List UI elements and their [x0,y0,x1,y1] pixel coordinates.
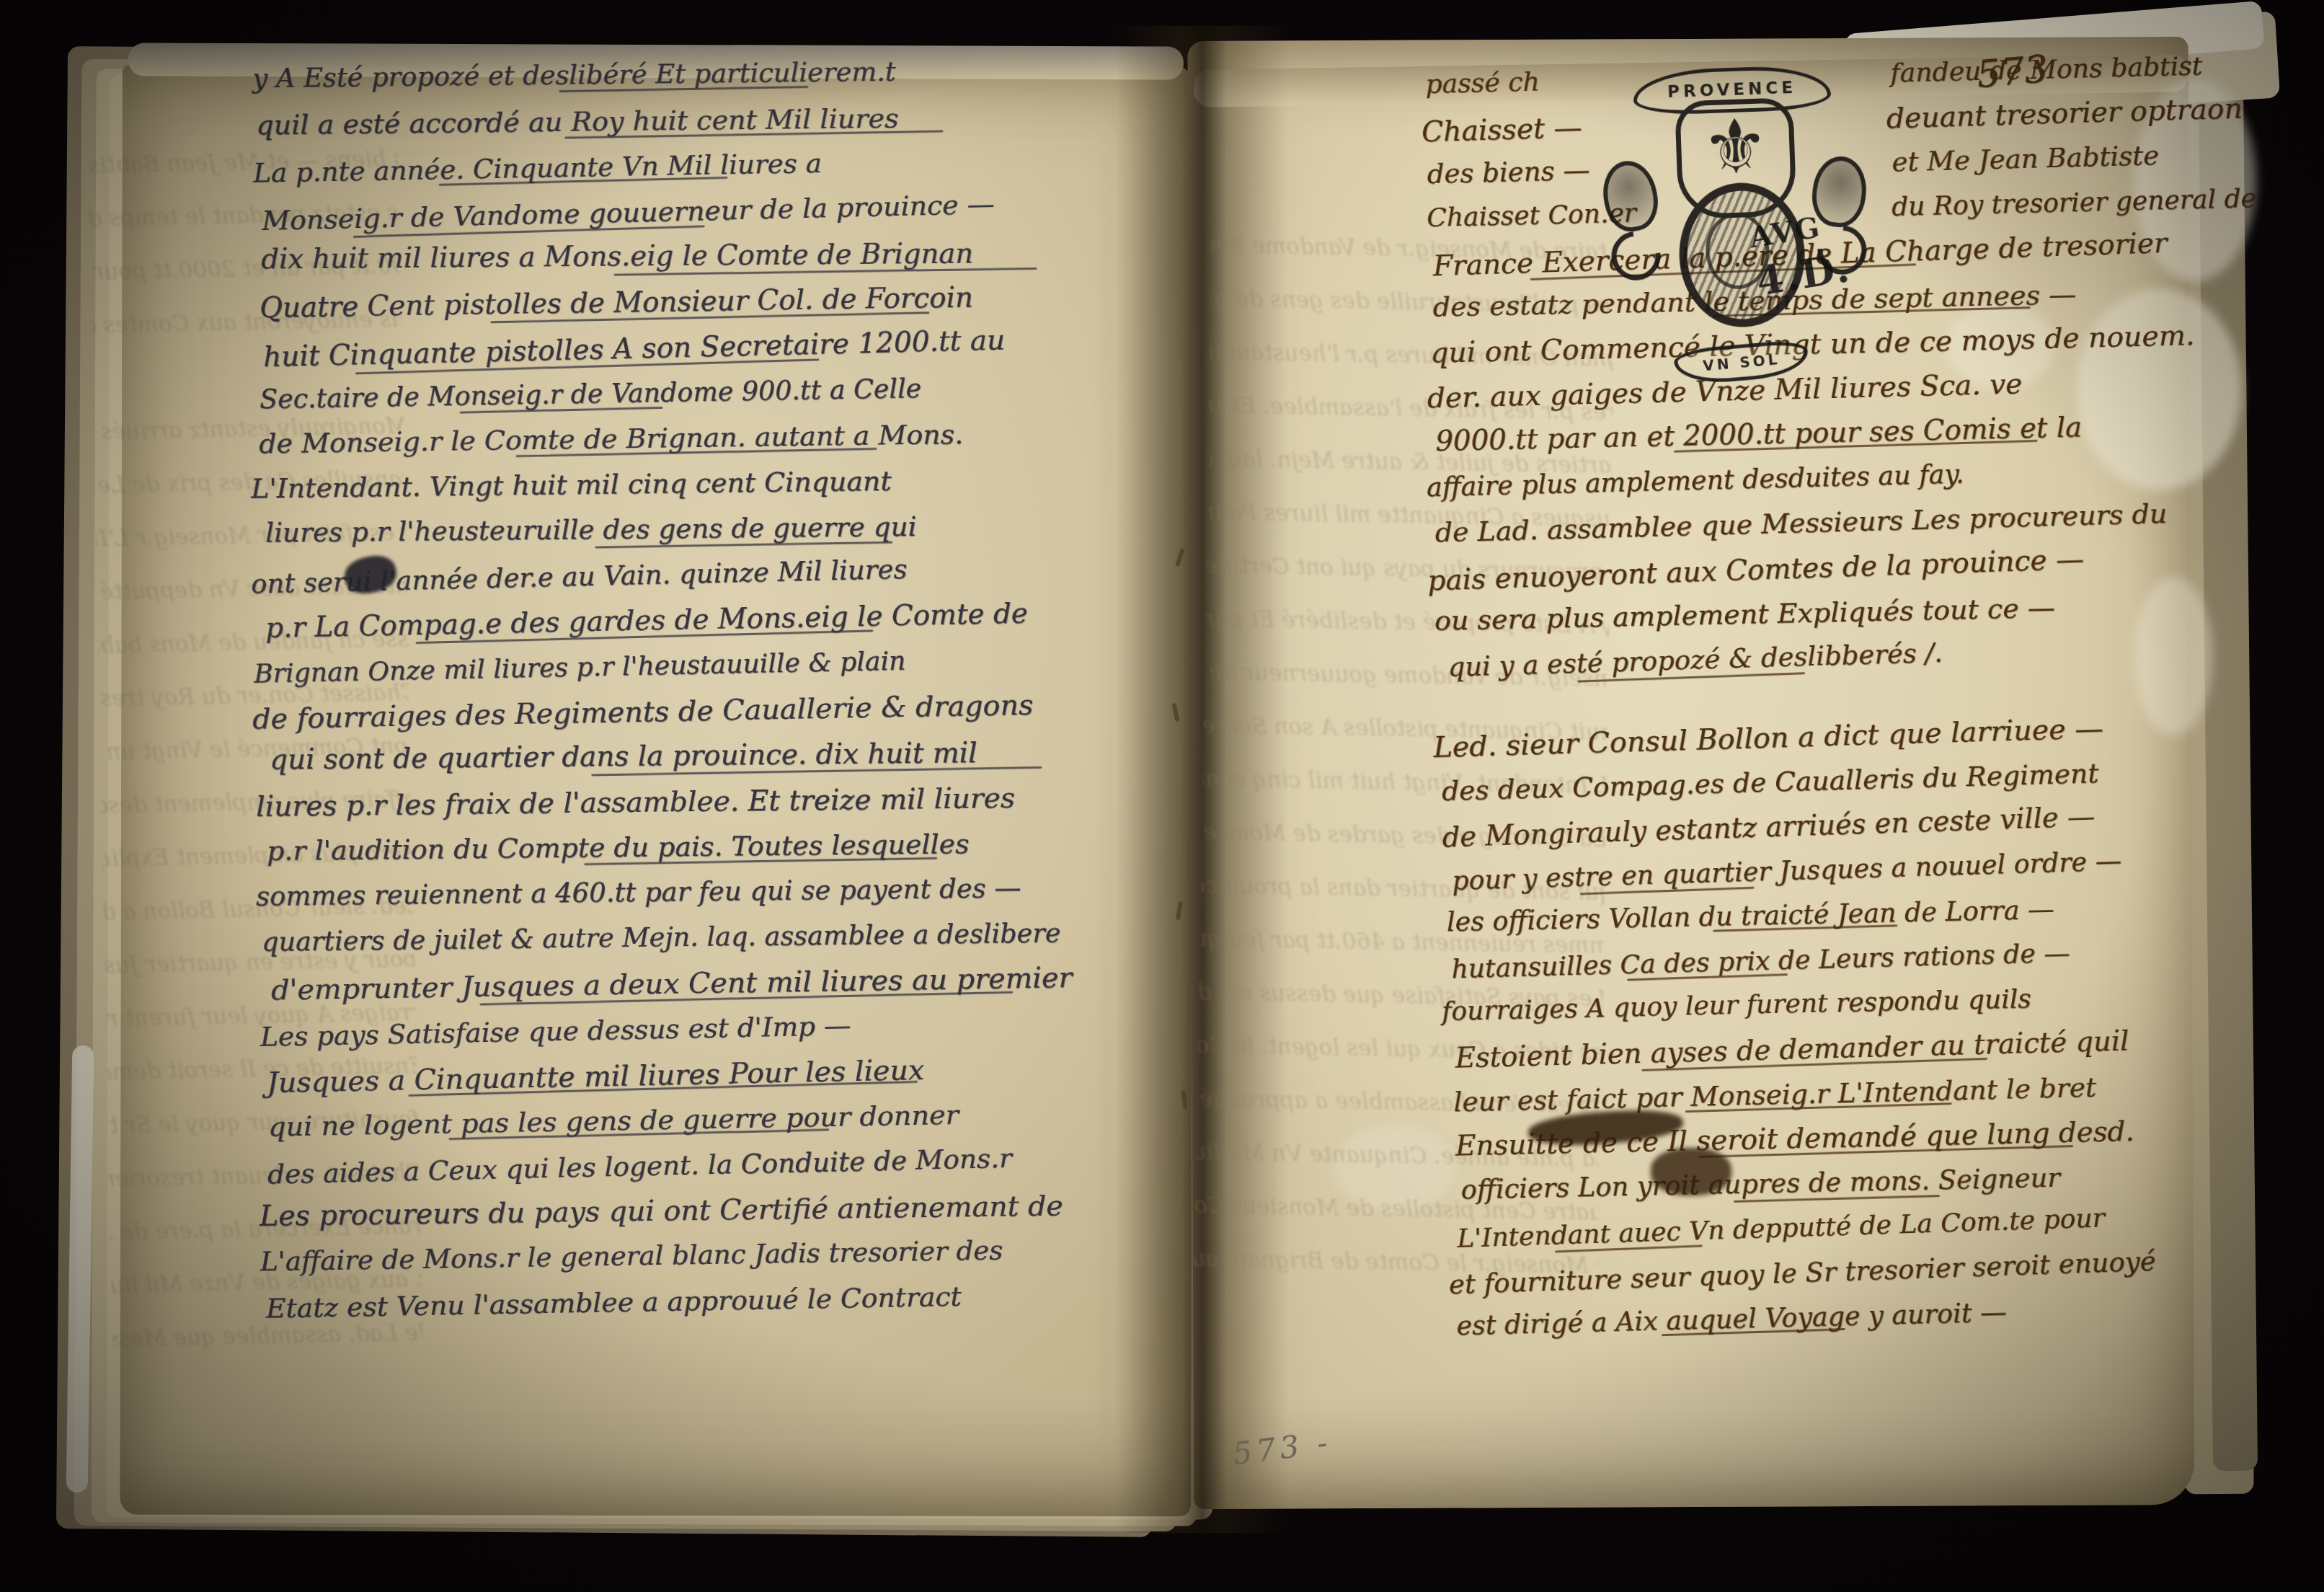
cancellation-stroke [1555,1244,1703,1252]
cancellation-stroke [353,226,705,238]
stamp-bottom-banner-label: VN SOL [1702,350,1780,374]
cancellation-stroke [516,448,877,457]
fleur-de-lis-icon: ⚜ [1700,103,1770,192]
cancellation-stroke [591,766,1042,776]
manuscript-photo: des biens — et Me Jean Babtistedes estat… [0,0,2324,1592]
cancellation-stroke [480,991,1014,1006]
cancellation-stroke [1699,1145,2074,1158]
cancellation-stroke [1734,1195,1940,1203]
stamp-denomination-overprint: AVG 4.D. [1747,206,1855,304]
manuscript-fragment: passé ch [1425,66,1540,100]
folio-number-ink: 573 [1975,48,2050,97]
cancellation-stroke [1627,973,1788,981]
cancellation-stroke [584,857,937,865]
left-page-text-block: y A Esté propozé et deslibéré Et particu… [241,53,1198,1340]
stamp-bottom-banner: VN SOL [1673,339,1810,386]
cancellation-stroke [1641,1058,1987,1071]
stamp-scroll-curl [1602,221,1670,290]
cancellation-stroke [460,407,663,414]
cancellation-stroke [1580,886,1755,895]
cancellation-stroke [439,177,728,186]
cancellation-stroke [1713,925,1897,932]
repair-patch [1334,1125,1456,1211]
manuscript-fragment: des biens — [1427,155,1590,190]
stamp-left-bust-icon [1598,156,1663,235]
cancellation-stroke [448,1129,829,1141]
cancellation-stroke [1662,1328,1845,1336]
manuscript-fragment: Chaisset — [1422,112,1583,149]
manuscript-fragment: du Roy tresorier general de [1891,185,2257,221]
cancellation-stroke [415,629,873,644]
cancellation-stroke [1674,440,2038,453]
cancellation-stroke [408,1081,918,1097]
manuscript-fragment: et Me Jean Babtiste [1891,142,2160,177]
cancellation-stroke [595,541,892,549]
cancellation-stroke [614,267,1037,276]
stamp-top-banner-label: PROVENCE [1667,79,1797,102]
cancellation-stroke [355,358,818,374]
cancellation-stroke [1577,672,1804,683]
cancellation-stroke [491,311,930,323]
cancellation-stroke [1685,1103,1952,1113]
ink-blot [1651,1148,1731,1195]
cancellation-stroke [564,131,943,139]
cancellation-stroke [559,86,808,92]
